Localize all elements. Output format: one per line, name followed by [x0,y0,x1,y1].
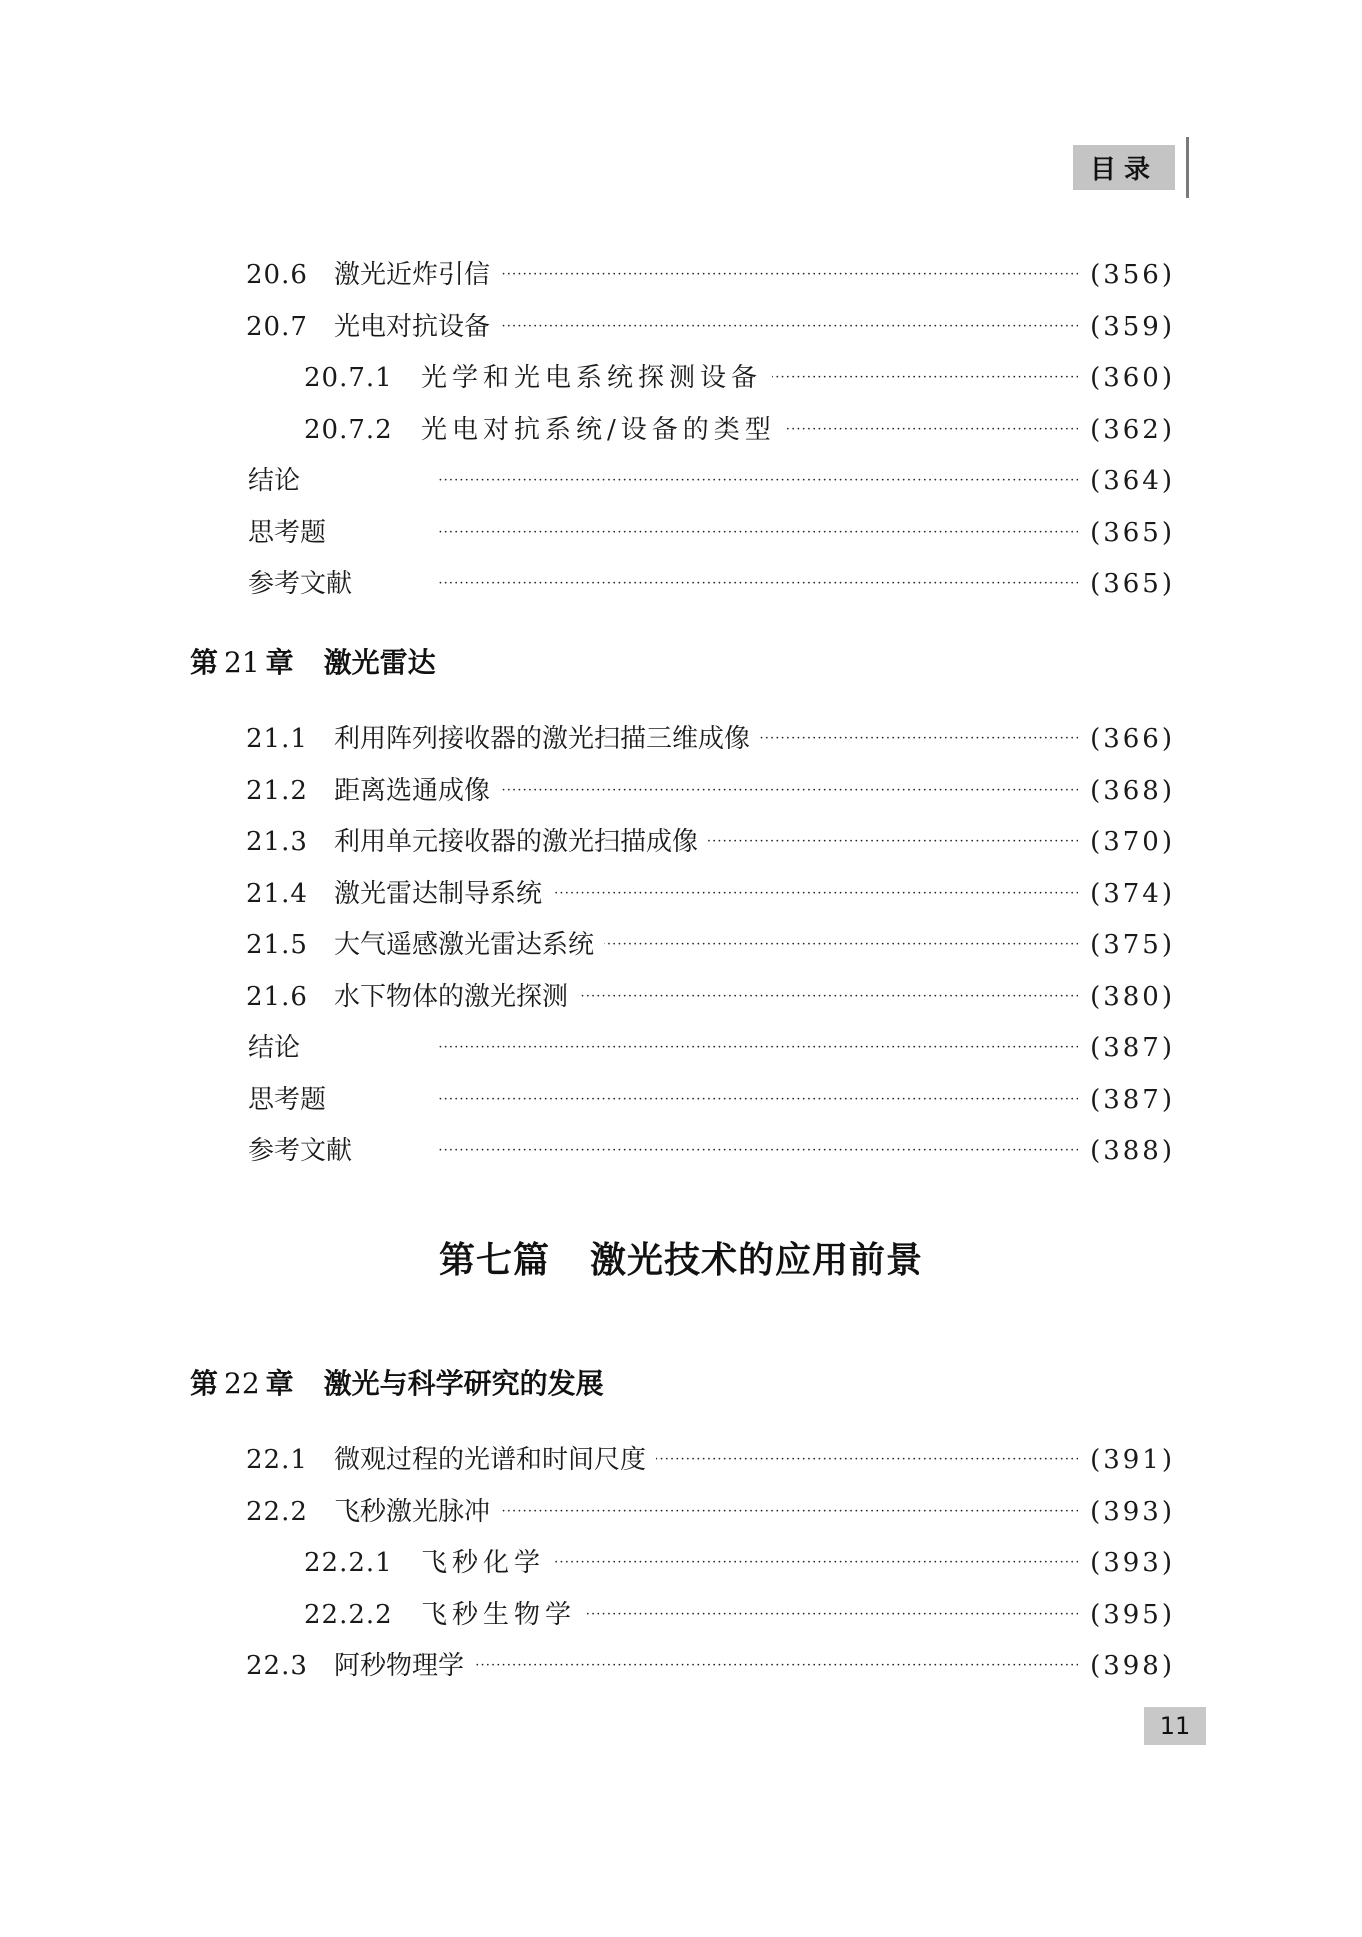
dot-leader [604,925,1078,965]
chapter-prefix: 第 [190,1367,218,1400]
toc-entry-number: 20.6 [246,255,308,295]
dot-leader [586,1595,1078,1635]
dot-leader [500,255,1078,295]
toc-entry-page: (375) [1085,925,1175,965]
part-title: 激光技术的应用前景 [590,1239,923,1281]
toc-entry-number: 21.4 [246,874,308,914]
toc-entry[interactable]: 20.7.1光学和光电系统探测设备(360) [0,358,1362,398]
toc-entry[interactable]: 22.3阿秒物理学(398) [0,1646,1362,1686]
toc-entry[interactable]: 20.7光电对抗设备(359) [0,307,1362,347]
toc-entry[interactable]: 参考文献(365) [0,564,1362,604]
toc-entry[interactable]: 21.3利用单元接收器的激光扫描成像(370) [0,822,1362,862]
chapter-suffix: 章 [266,646,294,679]
toc-entry-number: 21.5 [246,925,308,965]
toc-entry-page: (365) [1085,564,1175,604]
chapter-suffix: 章 [266,1367,294,1400]
toc-entry-title: 飞秒生物学 [421,1595,576,1635]
toc-entry[interactable]: 21.1利用阵列接收器的激光扫描三维成像(366) [0,719,1362,759]
toc-entry-number: 21.6 [246,977,308,1017]
toc-entry-page: (398) [1085,1646,1175,1686]
header-vertical-rule [1186,137,1189,198]
dot-leader [474,1646,1078,1686]
toc-entry-page: (359) [1085,307,1175,347]
chapter-heading[interactable]: 第22章激光与科学研究的发展 [190,1362,604,1406]
toc-entry-number: 20.7.2 [304,410,393,450]
toc-entry-number: 21.2 [246,771,308,811]
toc-entry-number: 22.3 [246,1646,308,1686]
toc-entry[interactable]: 结论(387) [0,1028,1362,1068]
toc-entry-title: 思考题 [248,513,326,553]
chapter-prefix: 第 [190,646,218,679]
dot-leader [500,1492,1078,1532]
chapter-number: 21 [224,646,260,679]
toc-entry[interactable]: 思考题(387) [0,1080,1362,1120]
toc-entry-title: 距离选通成像 [334,771,490,811]
toc-entry[interactable]: 结论(364) [0,461,1362,501]
toc-entry-title: 水下物体的激光探测 [334,977,568,1017]
dot-leader [772,358,1078,398]
toc-entry[interactable]: 22.2飞秒激光脉冲(393) [0,1492,1362,1532]
toc-entry-page: (387) [1085,1028,1175,1068]
toc-entry-number: 21.3 [246,822,308,862]
toc-entry-page: (391) [1085,1440,1175,1480]
page-number: 11 [1144,1707,1206,1745]
toc-entry-page: (393) [1085,1492,1175,1532]
toc-entry-title: 参考文献 [248,564,352,604]
chapter-title: 激光雷达 [324,646,436,679]
dot-leader [555,1543,1078,1583]
toc-entry-title: 大气遥感激光雷达系统 [334,925,594,965]
toc-entry-title: 结论 [248,1028,300,1068]
dot-leader [362,1131,1078,1171]
dot-leader [362,564,1078,604]
dot-leader [310,1028,1078,1068]
toc-entry-title: 参考文献 [248,1131,352,1171]
chapter-number: 22 [224,1367,260,1400]
chapter-title: 激光与科学研究的发展 [324,1367,604,1400]
dot-leader [336,513,1078,553]
header-label: 目录 [1073,145,1175,190]
toc-entry-title: 激光近炸引信 [334,255,490,295]
toc-entry-number: 20.7 [246,307,308,347]
toc-entry-title: 飞秒化学 [421,1543,545,1583]
toc-entry[interactable]: 22.2.1飞秒化学(393) [0,1543,1362,1583]
toc-entry[interactable]: 22.1微观过程的光谱和时间尺度(391) [0,1440,1362,1480]
dot-leader [552,874,1078,914]
toc-entry[interactable]: 21.6水下物体的激光探测(380) [0,977,1362,1017]
chapter-heading[interactable]: 第21章激光雷达 [190,641,436,685]
toc-entry-page: (393) [1085,1543,1175,1583]
toc-entry-page: (366) [1085,719,1175,759]
toc-entry[interactable]: 20.7.2光电对抗系统/设备的类型(362) [0,410,1362,450]
toc-entry-number: 21.1 [246,719,308,759]
toc-entry-page: (368) [1085,771,1175,811]
dot-leader [708,822,1078,862]
toc-entry-page: (362) [1085,410,1175,450]
toc-entry-page: (374) [1085,874,1175,914]
toc-entry-number: 22.2 [246,1492,308,1532]
toc-entry-title: 阿秒物理学 [334,1646,464,1686]
toc-entry[interactable]: 21.5大气遥感激光雷达系统(375) [0,925,1362,965]
toc-entry-title: 微观过程的光谱和时间尺度 [334,1440,646,1480]
toc-entry-number: 20.7.1 [304,358,393,398]
toc-entry[interactable]: 思考题(365) [0,513,1362,553]
dot-leader [656,1440,1078,1480]
toc-entry-number: 22.2.1 [304,1543,393,1583]
part-heading[interactable]: 第七篇激光技术的应用前景 [0,1232,1362,1283]
toc-entry-page: (388) [1085,1131,1175,1171]
toc-entry[interactable]: 21.2距离选通成像(368) [0,771,1362,811]
toc-entry-page: (364) [1085,461,1175,501]
toc-entry-page: (395) [1085,1595,1175,1635]
dot-leader [336,1080,1078,1120]
part-label: 第七篇 [439,1239,550,1281]
toc-entry-title: 光电对抗设备 [334,307,490,347]
toc-entry-title: 结论 [248,461,300,501]
dot-leader [578,977,1078,1017]
toc-entry-page: (360) [1085,358,1175,398]
dot-leader [310,461,1078,501]
toc-entry-page: (356) [1085,255,1175,295]
toc-entry[interactable]: 21.4激光雷达制导系统(374) [0,874,1362,914]
toc-entry-title: 光电对抗系统/设备的类型 [421,410,776,450]
toc-entry-number: 22.1 [246,1440,308,1480]
dot-leader [500,771,1078,811]
toc-entry-title: 光学和光电系统探测设备 [421,358,762,398]
toc-entry-page: (387) [1085,1080,1175,1120]
toc-entry-title: 利用单元接收器的激光扫描成像 [334,822,698,862]
toc-entry-title: 飞秒激光脉冲 [334,1492,490,1532]
toc-entry-page: (370) [1085,822,1175,862]
toc-entry-page: (380) [1085,977,1175,1017]
toc-entry-title: 利用阵列接收器的激光扫描三维成像 [334,719,750,759]
dot-leader [500,307,1078,347]
toc-entry-number: 22.2.2 [304,1595,393,1635]
toc-entry[interactable]: 参考文献(388) [0,1131,1362,1171]
dot-leader [786,410,1078,450]
dot-leader [760,719,1078,759]
toc-entry-title: 思考题 [248,1080,326,1120]
toc-entry-title: 激光雷达制导系统 [334,874,542,914]
toc-entry[interactable]: 20.6激光近炸引信(356) [0,255,1362,295]
toc-entry[interactable]: 22.2.2飞秒生物学(395) [0,1595,1362,1635]
toc-entry-page: (365) [1085,513,1175,553]
